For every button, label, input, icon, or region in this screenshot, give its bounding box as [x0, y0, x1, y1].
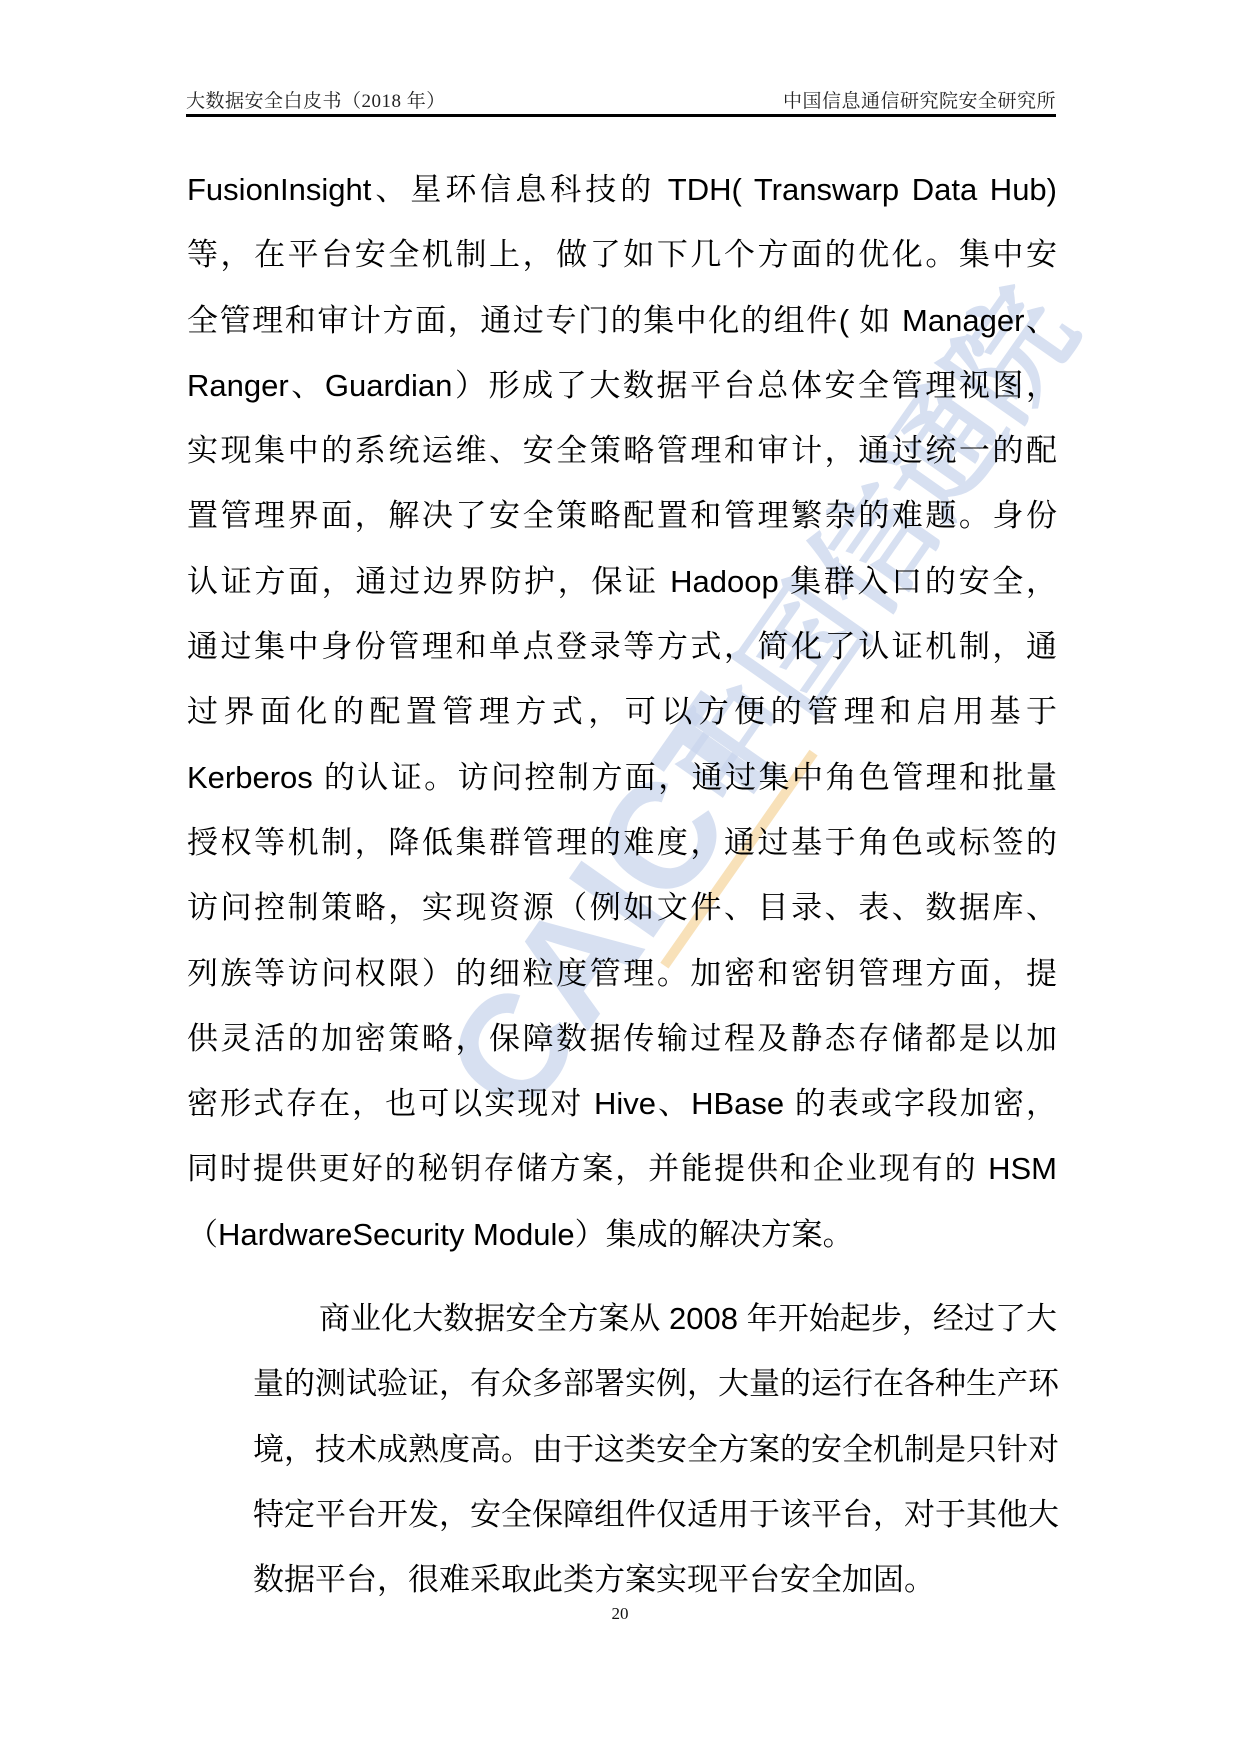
body-text: FusionInsight、星环信息科技的 TDH( Transwarp Dat…	[187, 157, 1057, 1613]
text-line: 特定平台开发，安全保障组件仅适用于该平台，对于其他大	[187, 1482, 1057, 1547]
text-line: 置管理界面，解决了安全策略配置和管理繁杂的难题。身份	[187, 483, 1057, 548]
header-document-title: 大数据安全白皮书（2018 年）	[186, 86, 446, 113]
text-line: 供灵活的加密策略，保障数据传输过程及静态存储都是以加	[187, 1006, 1057, 1071]
text-line: 实现集中的系统运维、安全策略管理和审计，通过统一的配	[187, 418, 1057, 483]
text-line: 境，技术成熟度高。由于这类安全方案的安全机制是只针对	[187, 1417, 1057, 1482]
text-line: 授权等机制，降低集群管理的难度，通过基于角色或标签的	[187, 810, 1057, 875]
text-line: 密形式存在，也可以实现对 Hive、HBase 的表或字段加密，	[187, 1071, 1057, 1136]
running-header: 大数据安全白皮书（2018 年） 中国信息通信研究院安全研究所	[186, 84, 1056, 117]
text-line: 列族等访问权限）的细粒度管理。加密和密钥管理方面，提	[187, 941, 1057, 1006]
text-line: Kerberos 的认证。访问控制方面，通过集中角色管理和批量	[187, 745, 1057, 810]
text-line: 同时提供更好的秘钥存储方案，并能提供和企业现有的 HSM	[187, 1136, 1057, 1201]
text-line: 访问控制策略，实现资源（例如文件、目录、表、数据库、	[187, 875, 1057, 940]
text-line: 量的测试验证，有众多部署实例，大量的运行在各种生产环	[187, 1351, 1057, 1416]
text-line: 等，在平台安全机制上，做了如下几个方面的优化。集中安	[187, 222, 1057, 287]
text-line: 通过集中身份管理和单点登录等方式，简化了认证机制，通	[187, 614, 1057, 679]
text-line: 过界面化的配置管理方式，可以方便的管理和启用基于	[187, 679, 1057, 744]
text-line: FusionInsight、星环信息科技的 TDH( Transwarp Dat…	[187, 157, 1057, 222]
text-line: （HardwareSecurity Module）集成的解决方案。	[187, 1202, 1057, 1267]
document-page: 大数据安全白皮书（2018 年） 中国信息通信研究院安全研究所 CAICT 中国…	[0, 0, 1240, 1754]
text-line: 全管理和审计方面，通过专门的集中化的组件( 如 Manager、	[187, 288, 1057, 353]
text-line: 数据平台，很难采取此类方案实现平台安全加固。	[187, 1547, 1057, 1612]
header-organization: 中国信息通信研究院安全研究所	[783, 86, 1056, 113]
text-line: 认证方面，通过边界防护，保证 Hadoop 集群入口的安全，	[187, 549, 1057, 614]
paragraph-commercial-solutions: 商业化大数据安全方案从 2008 年开始起步，经过了大 量的测试验证，有众多部署…	[187, 1286, 1057, 1612]
text-line: Ranger、Guardian）形成了大数据平台总体安全管理视图，	[187, 353, 1057, 418]
paragraph-platform-security: FusionInsight、星环信息科技的 TDH( Transwarp Dat…	[187, 157, 1057, 1267]
text-line: 商业化大数据安全方案从 2008 年开始起步，经过了大	[187, 1286, 1057, 1351]
